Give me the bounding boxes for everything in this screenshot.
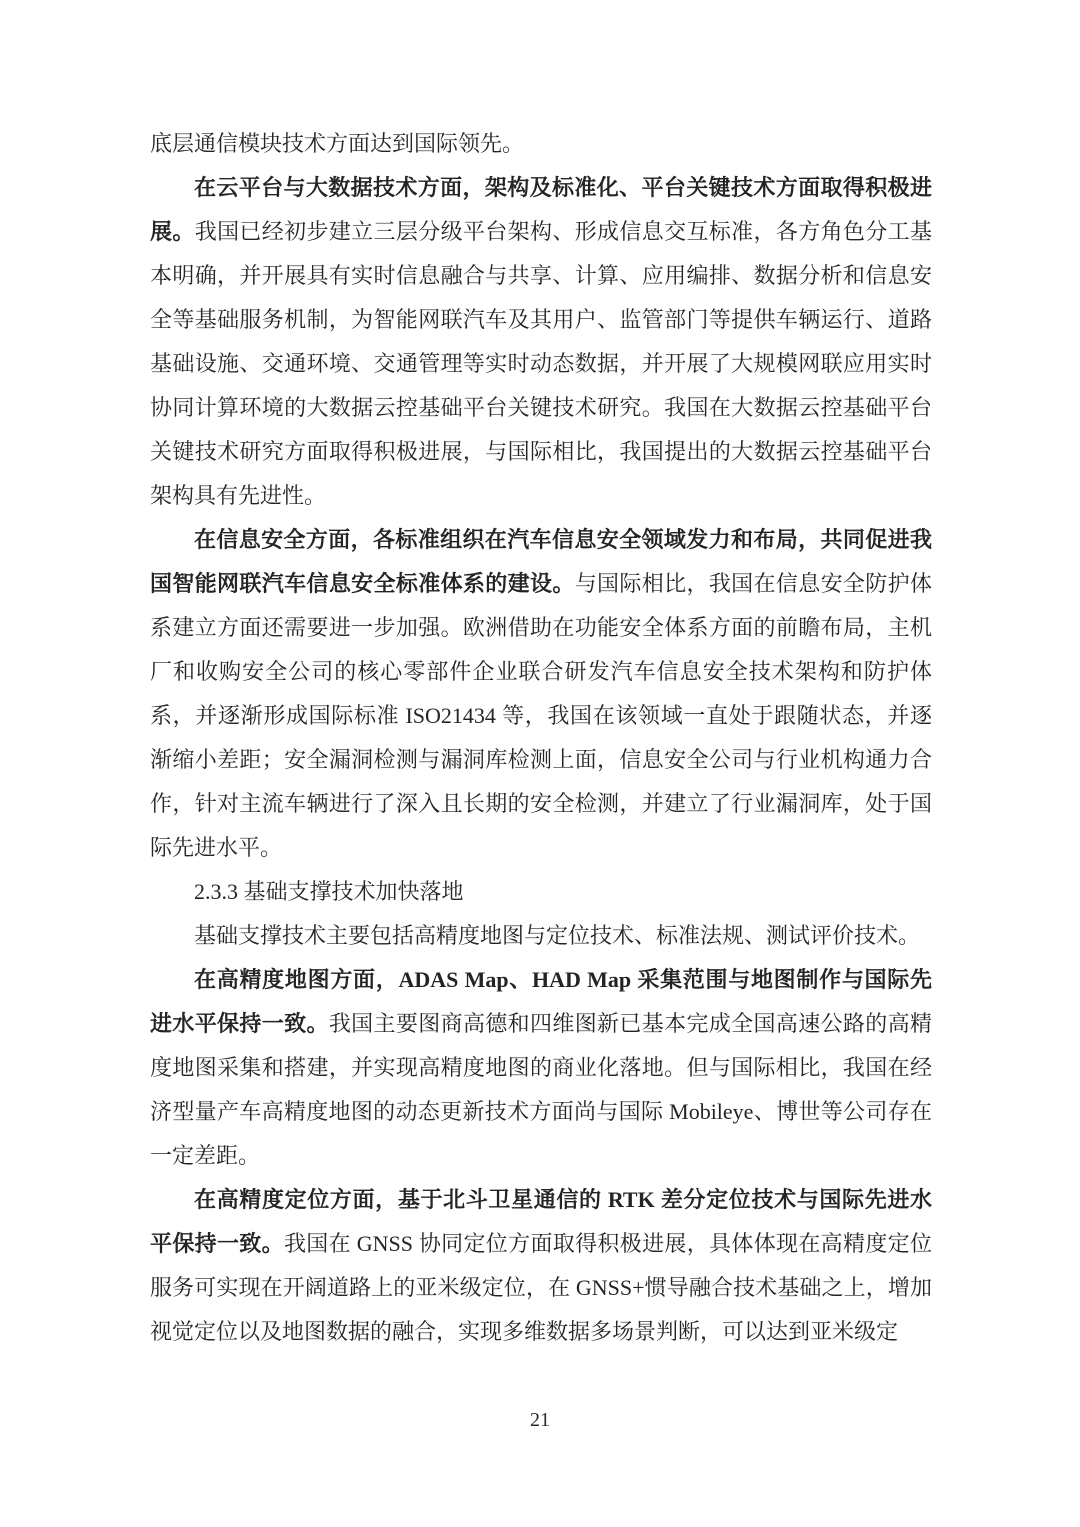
paragraph-body-text: 我国已经初步建立三层分级平台架构、形成信息交互标准，各方角色分工基本明确，并开展… [150,219,932,508]
document-page: 底层通信模块技术方面达到国际领先。 在云平台与大数据技术方面，架构及标准化、平台… [150,122,932,1354]
paragraph-continuation: 底层通信模块技术方面达到国际领先。 [150,122,932,166]
paragraph-text: 基础支撑技术主要包括高精度地图与定位技术、标准法规、测试评价技术。 [194,923,920,948]
page-number: 21 [0,1398,1080,1442]
section-heading-text: 2.3.3 基础支撑技术加快落地 [194,879,464,904]
paragraph-information-security: 在信息安全方面，各标准组织在汽车信息安全领域发力和布局，共同促进我国智能网联汽车… [150,518,932,870]
paragraph-text: 底层通信模块技术方面达到国际领先。 [150,131,524,156]
paragraph-hd-positioning: 在高精度定位方面，基于北斗卫星通信的 RTK 差分定位技术与国际先进水平保持一致… [150,1178,932,1354]
section-heading-2-3-3: 2.3.3 基础支撑技术加快落地 [150,870,932,914]
paragraph-supporting-tech-intro: 基础支撑技术主要包括高精度地图与定位技术、标准法规、测试评价技术。 [150,914,932,958]
paragraph-body-text: 与国际相比，我国在信息安全防护体系建立方面还需要进一步加强。欧洲借助在功能安全体… [150,571,932,860]
paragraph-cloud-platform: 在云平台与大数据技术方面，架构及标准化、平台关键技术方面取得积极进展。我国已经初… [150,166,932,518]
paragraph-hd-map: 在高精度地图方面，ADAS Map、HAD Map 采集范围与地图制作与国际先进… [150,958,932,1178]
